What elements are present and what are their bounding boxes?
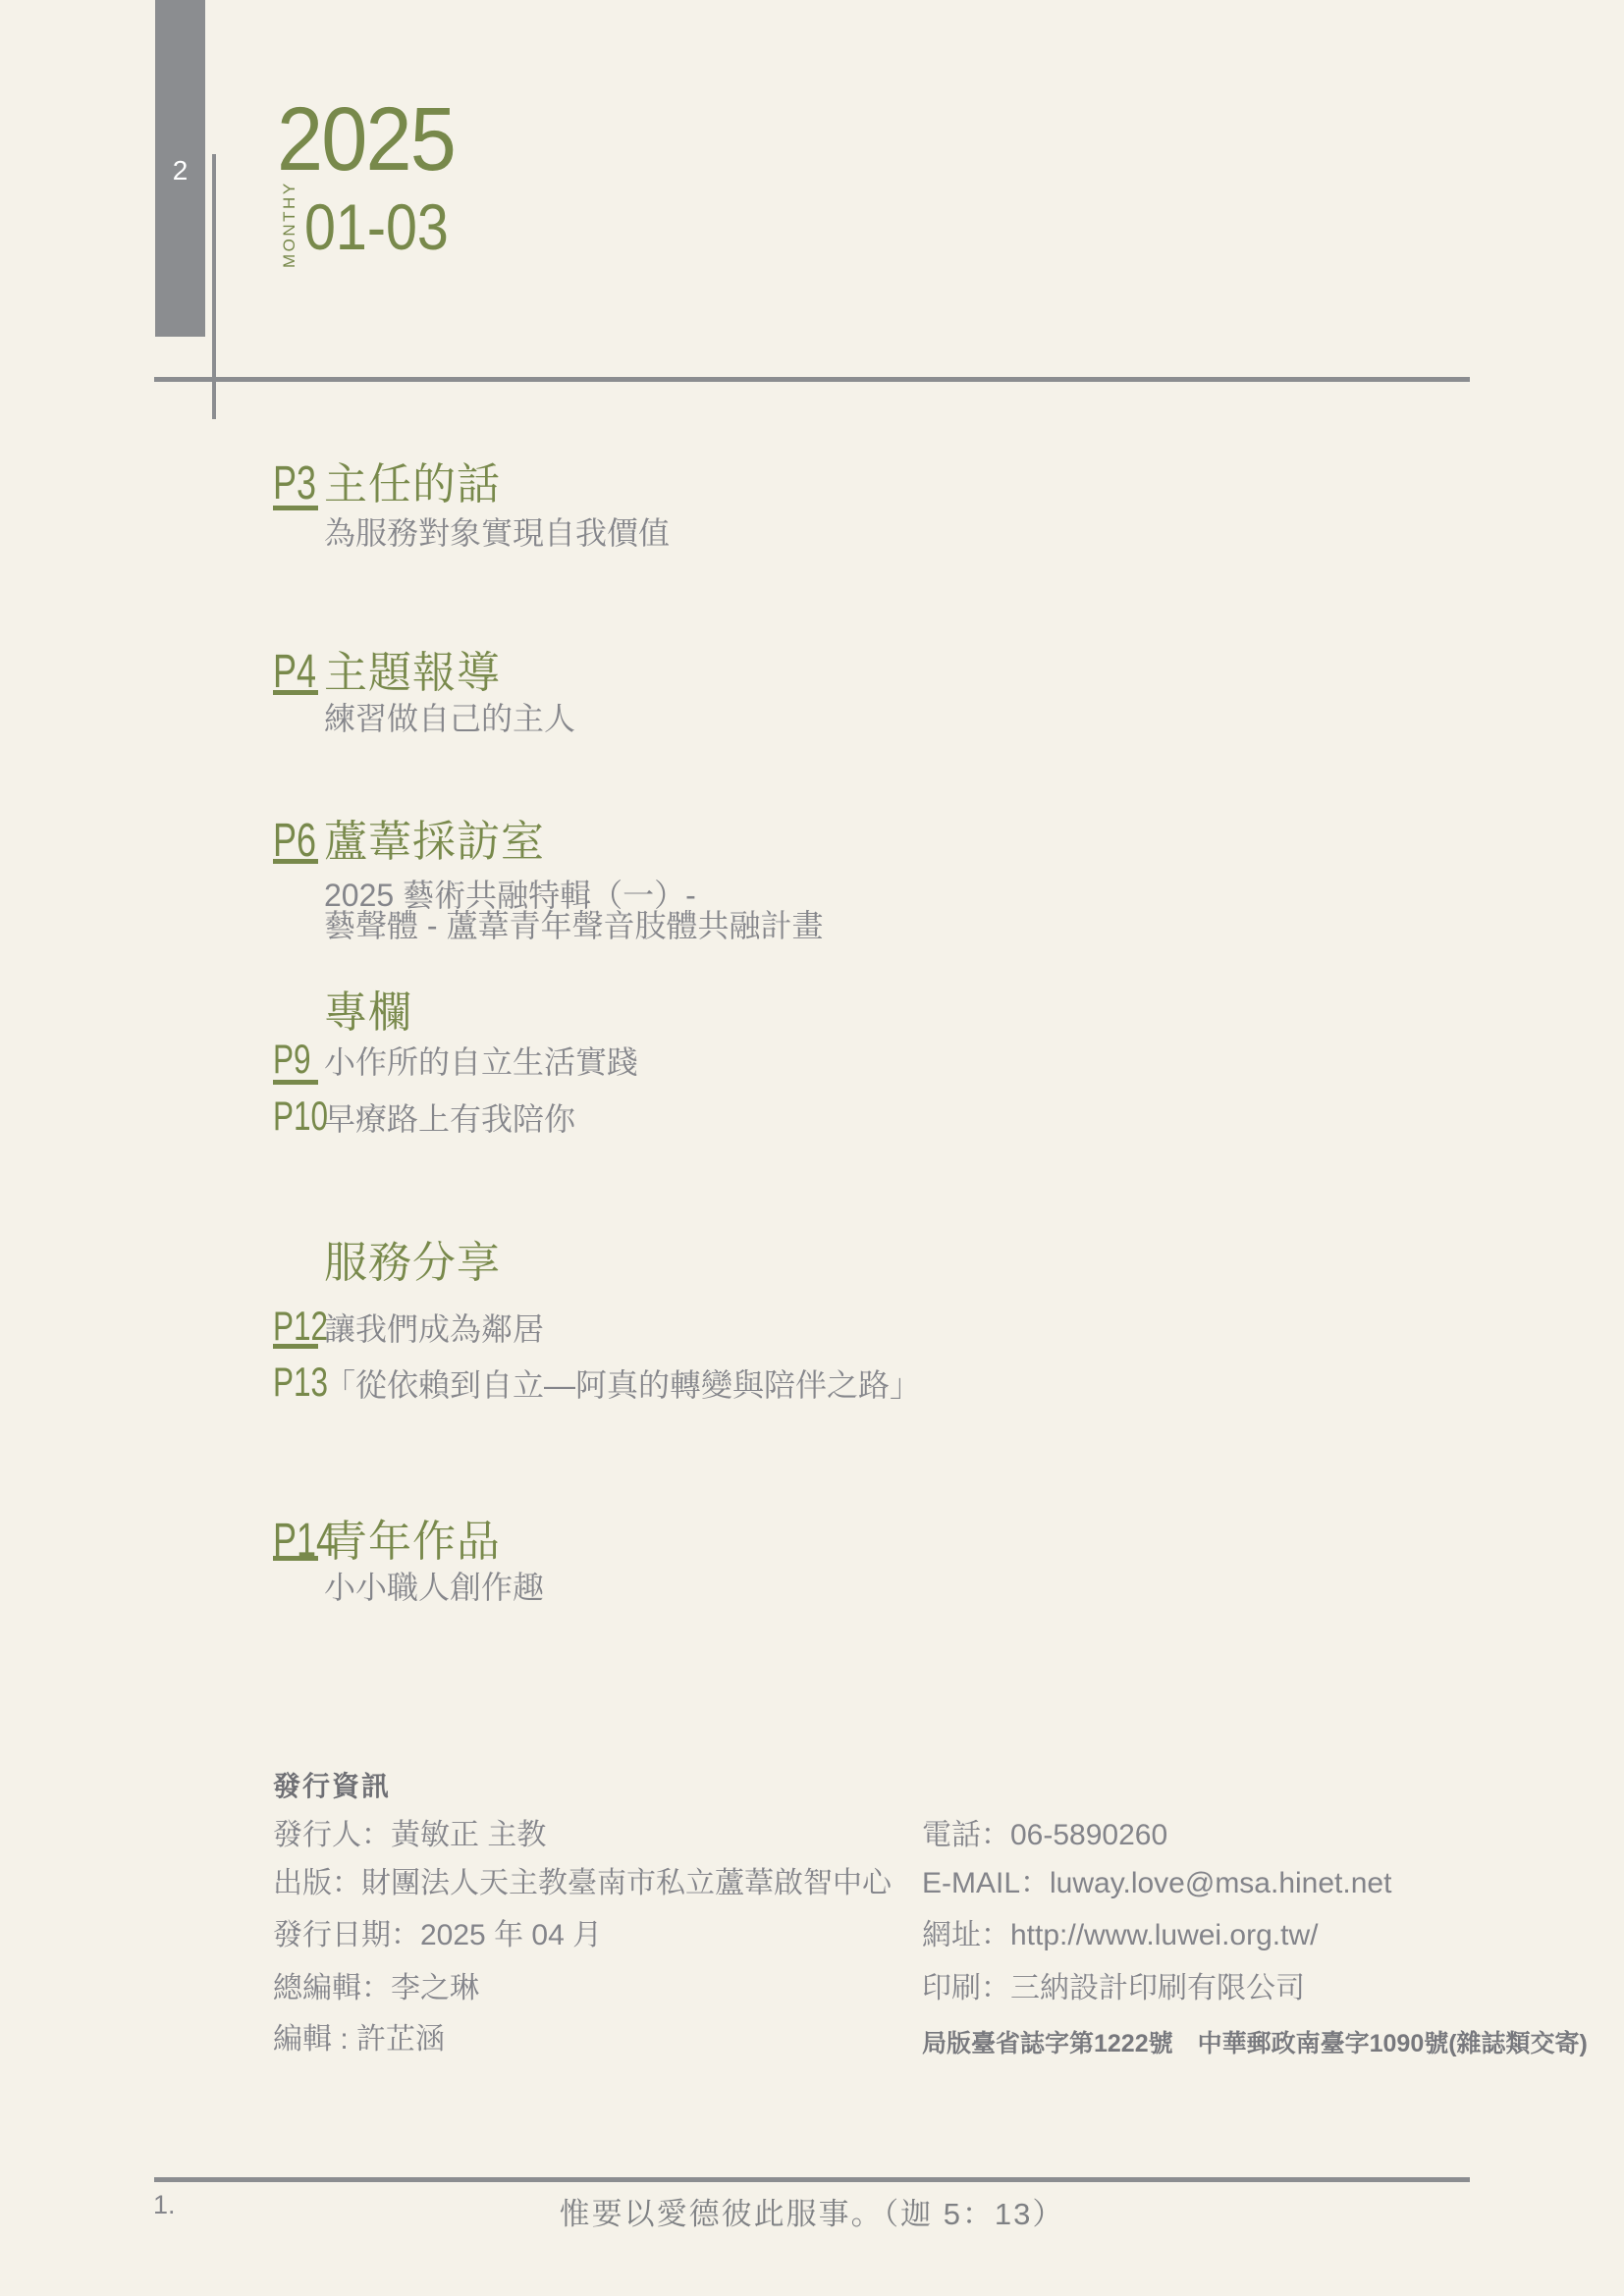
toc-p10-page-number: P10: [273, 1092, 311, 1141]
publication-printer: 印刷：三納設計印刷有限公司: [922, 1971, 1305, 2006]
toc-p6-subtitle-line2: 藝聲體 - 蘆葦青年聲音肢體共融計畫: [324, 907, 823, 944]
publication-date: 發行日期：2025 年 04 月: [273, 1918, 602, 1953]
publication-registration: 局版臺省誌字第1222號 中華郵政南臺字1090號(雜誌類交寄): [922, 2024, 1588, 2059]
toc-p3-page-number: P3: [273, 455, 311, 512]
toc-p9-underline: [273, 1080, 318, 1085]
publication-publisher: 發行人：黃敏正 主教: [273, 1818, 546, 1853]
toc-p13-page-number: P13: [273, 1358, 311, 1407]
masthead-monthly-label: MONTHY: [281, 181, 299, 268]
toc-entry-p10: P10 早療路上有我陪你: [273, 1092, 575, 1141]
toc-p12-text: 讓我們成為鄰居: [324, 1305, 544, 1350]
toc-p14-title: 青年作品: [324, 1517, 501, 1569]
toc-entry-p3: P3 主任的話: [273, 455, 501, 512]
toc-p3-title: 主任的話: [324, 459, 501, 511]
toc-p14-subtitle: 小小職人創作趣: [324, 1569, 544, 1606]
footer-verse: 惟要以愛德彼此服事。（迦 5：13）: [154, 2189, 1470, 2233]
masthead-year: 2025: [277, 94, 455, 185]
toc-entry-p13: P13 「從依賴到自立—阿真的轉變與陪伴之路」: [273, 1358, 921, 1407]
toc-p3-underline: [273, 506, 318, 510]
page-number-bar: 2: [155, 0, 205, 337]
publication-website: 網址：http://www.luwei.org.tw/: [922, 1918, 1318, 1953]
toc-p12-underline: [273, 1344, 318, 1349]
publication-editor: 編輯 : 許芷涵: [273, 2022, 445, 2057]
toc-p9-page-number: P9: [273, 1035, 311, 1084]
toc-p10-text: 早療路上有我陪你: [324, 1095, 575, 1140]
toc-p6-title: 蘆葦採訪室: [324, 817, 545, 869]
toc-section-column: 專欄: [324, 988, 412, 1040]
toc-p6-underline: [273, 859, 318, 864]
publication-email: E-MAIL：luway.love@msa.hinet.net: [922, 1866, 1391, 1901]
publication-phone: 電話：06-5890260: [922, 1818, 1167, 1853]
footer-rule: [154, 2177, 1470, 2182]
toc-p9-text: 小作所的自立生活實踐: [324, 1038, 638, 1083]
header-divider-rule: [154, 377, 1470, 382]
toc-section-sharing: 服務分享: [324, 1238, 501, 1290]
publication-chief-editor: 總編輯：李之琳: [273, 1971, 479, 2006]
masthead-issue-range: 01-03: [304, 194, 449, 259]
page-number: 2: [155, 157, 205, 185]
toc-p4-subtitle: 練習做自己的主人: [324, 700, 575, 737]
toc-entry-p9: P9 小作所的自立生活實踐: [273, 1035, 638, 1084]
toc-p3-subtitle: 為服務對象實現自我價值: [324, 514, 670, 552]
toc-p4-underline: [273, 690, 318, 695]
toc-p4-title: 主題報導: [324, 648, 501, 700]
publication-published-by: 出版：財團法人天主教臺南市私立蘆葦啟智中心: [273, 1866, 892, 1901]
toc-p13-text: 「從依賴到自立—阿真的轉變與陪伴之路」: [324, 1361, 921, 1406]
magazine-toc-page: 2 2025 MONTHY 01-03 P3 主任的話 為服務對象實現自我價值 …: [0, 0, 1624, 2296]
publication-info-header: 發行資訊: [273, 1765, 391, 1804]
toc-p14-underline: [273, 1556, 318, 1561]
